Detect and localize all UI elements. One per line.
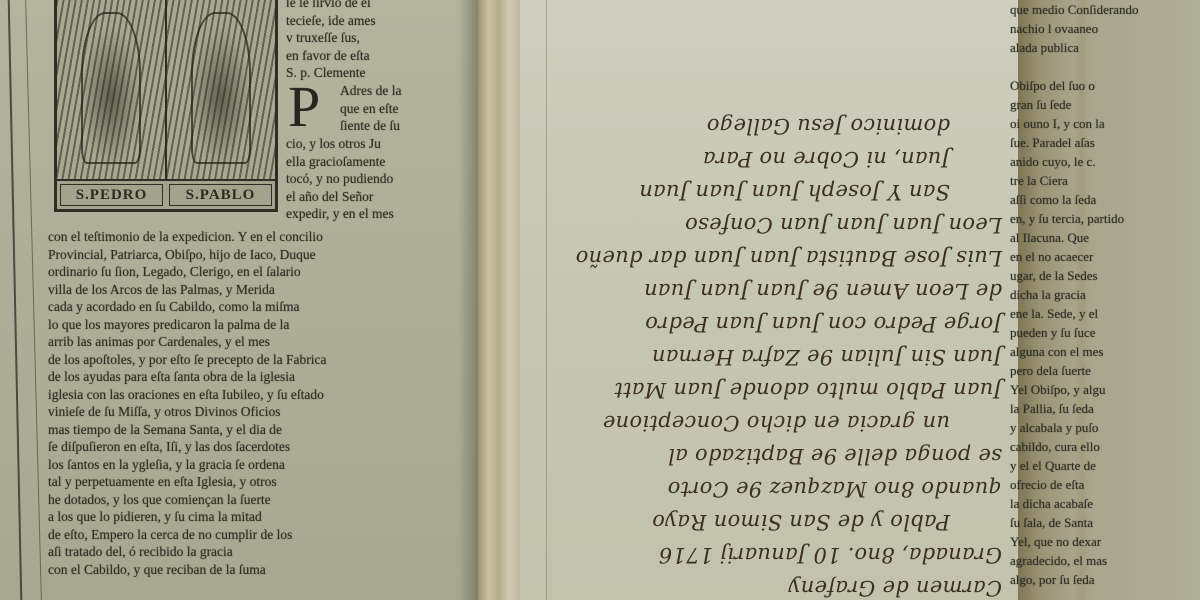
printed-body-text: con el teſtimonio de la expedicion. Y en…	[48, 228, 480, 578]
saint-peter-figure-icon	[57, 0, 167, 179]
handwritten-manuscript-leaf: Carmen de Grafeny Granada, 8no. 10 Janua…	[520, 0, 1020, 600]
margin-rule	[8, 0, 23, 600]
margin-rule	[25, 0, 42, 600]
saint-paul-figure-icon	[167, 0, 275, 179]
saints-woodcut-illustration: S.PEDRO S.PABLO	[54, 0, 278, 212]
left-printed-page: S.PEDRO S.PABLO P ſe ſe ſirvio de el tec…	[0, 0, 485, 600]
printed-text-top: ſe ſe ſirvio de el tecieſe, ide ames v t…	[286, 0, 474, 82]
right-printed-text: que medio Conſiderando nachio l ovaaneo …	[1010, 0, 1200, 589]
handwritten-text-inverted: Carmen de Grafeny Granada, 8no. 10 Janua…	[550, 64, 1010, 600]
document-photo: S.PEDRO S.PABLO P ſe ſe ſirvio de el tec…	[0, 0, 1200, 600]
printed-text-after-cap: cio, y los otros Ju ella gracioſamente t…	[286, 135, 474, 223]
woodcut-label-pablo: S.PABLO	[169, 184, 272, 206]
printed-text-beside-cap: Adres de la que en eſte ſiente de ſu	[340, 82, 474, 135]
drop-cap: P	[288, 78, 320, 136]
woodcut-label-pedro: S.PEDRO	[60, 184, 163, 206]
